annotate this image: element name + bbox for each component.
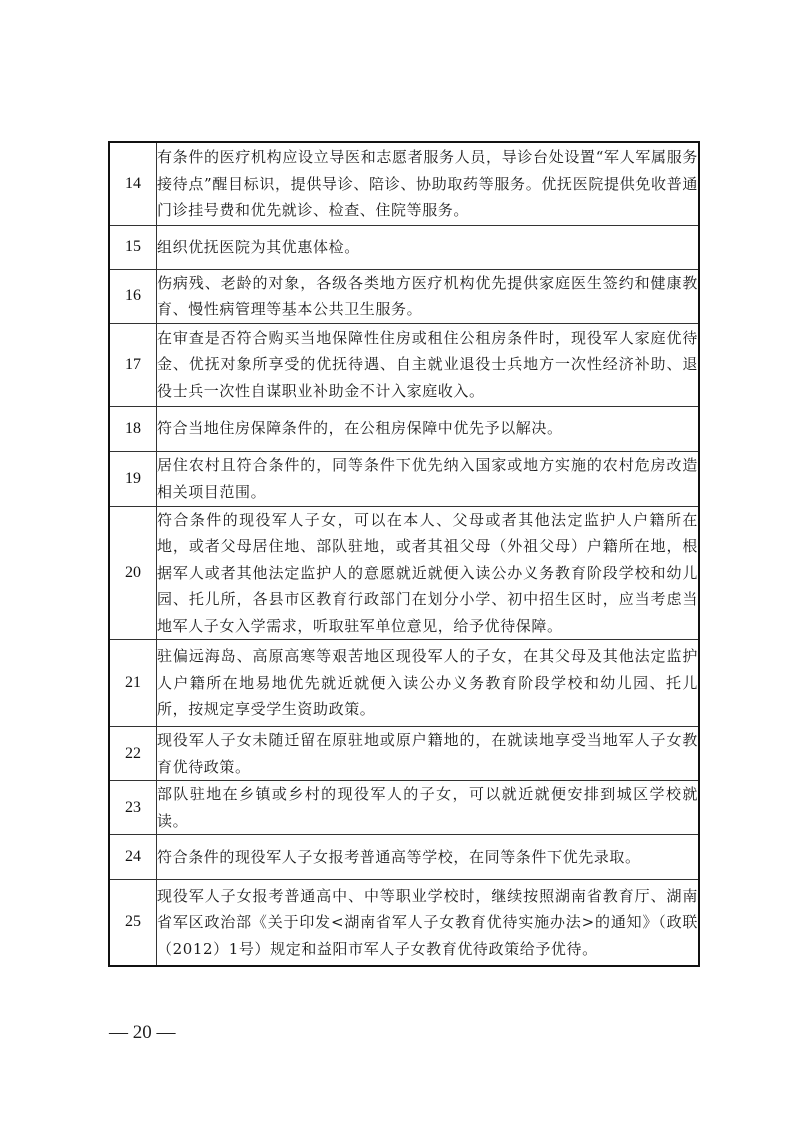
- row-number: 24: [109, 835, 157, 880]
- row-number: 22: [109, 727, 157, 781]
- table-row: 22现役军人子女未随迁留在原驻地或原户籍地的，在就读地享受当地军人子女教育优待政…: [109, 727, 699, 781]
- row-number: 21: [109, 640, 157, 727]
- table-row: 23部队驻地在乡镇或乡村的现役军人的子女，可以就近就便安排到城区学校就读。: [109, 781, 699, 835]
- row-text: 有条件的医疗机构应设立导医和志愿者服务人员，导诊台处设置“军人军属服务接待点”醒…: [157, 142, 700, 225]
- row-text: 居住农村且符合条件的，同等条件下优先纳入国家或地方实施的农村危房改造相关项目范围…: [157, 451, 700, 506]
- table-row: 17在审查是否符合购买当地保障性住房或租住公租房条件时，现役军人家庭优待金、优抚…: [109, 323, 699, 406]
- row-number: 15: [109, 225, 157, 269]
- row-text: 伤病残、老龄的对象，各级各类地方医疗机构优先提供家庭医生签约和健康教育、慢性病管…: [157, 269, 700, 323]
- row-text: 现役军人子女报考普通高中、中等职业学校时，继续按照湖南省教育厅、湖南省军区政治部…: [157, 880, 700, 966]
- table-row: 21驻偏远海岛、高原高寒等艰苦地区现役军人的子女，在其父母及其他法定监护人户籍所…: [109, 640, 699, 727]
- row-number: 16: [109, 269, 157, 323]
- row-text: 部队驻地在乡镇或乡村的现役军人的子女，可以就近就便安排到城区学校就读。: [157, 781, 700, 835]
- table-row: 19居住农村且符合条件的，同等条件下优先纳入国家或地方实施的农村危房改造相关项目…: [109, 451, 699, 506]
- row-text: 在审查是否符合购买当地保障性住房或租住公租房条件时，现役军人家庭优待金、优抚对象…: [157, 323, 700, 406]
- row-number: 20: [109, 506, 157, 640]
- table-row: 16伤病残、老龄的对象，各级各类地方医疗机构优先提供家庭医生签约和健康教育、慢性…: [109, 269, 699, 323]
- row-number: 14: [109, 142, 157, 225]
- row-number: 19: [109, 451, 157, 506]
- row-text: 符合条件的现役军人子女报考普通高等学校，在同等条件下优先录取。: [157, 835, 700, 880]
- table-row: 25现役军人子女报考普通高中、中等职业学校时，继续按照湖南省教育厅、湖南省军区政…: [109, 880, 699, 966]
- table-row: 24符合条件的现役军人子女报考普通高等学校，在同等条件下优先录取。: [109, 835, 699, 880]
- policy-table: 14有条件的医疗机构应设立导医和志愿者服务人员，导诊台处设置“军人军属服务接待点…: [108, 141, 700, 967]
- table-row: 14有条件的医疗机构应设立导医和志愿者服务人员，导诊台处设置“军人军属服务接待点…: [109, 142, 699, 225]
- row-text: 符合当地住房保障条件的，在公租房保障中优先予以解决。: [157, 406, 700, 451]
- row-number: 25: [109, 880, 157, 966]
- row-text: 组织优抚医院为其优惠体检。: [157, 225, 700, 269]
- row-number: 23: [109, 781, 157, 835]
- table-row: 20符合条件的现役军人子女，可以在本人、父母或者其他法定监护人户籍所在地，或者父…: [109, 506, 699, 640]
- table-row: 15组织优抚医院为其优惠体检。: [109, 225, 699, 269]
- page-number: — 20 —: [109, 1022, 176, 1044]
- row-text: 符合条件的现役军人子女，可以在本人、父母或者其他法定监护人户籍所在地，或者父母居…: [157, 506, 700, 640]
- table-row: 18符合当地住房保障条件的，在公租房保障中优先予以解决。: [109, 406, 699, 451]
- row-text: 驻偏远海岛、高原高寒等艰苦地区现役军人的子女，在其父母及其他法定监护人户籍所在地…: [157, 640, 700, 727]
- policy-table-body: 14有条件的医疗机构应设立导医和志愿者服务人员，导诊台处设置“军人军属服务接待点…: [109, 142, 699, 966]
- row-number: 17: [109, 323, 157, 406]
- document-page: 14有条件的医疗机构应设立导医和志愿者服务人员，导诊台处设置“军人军属服务接待点…: [0, 0, 800, 1131]
- row-text: 现役军人子女未随迁留在原驻地或原户籍地的，在就读地享受当地军人子女教育优待政策。: [157, 727, 700, 781]
- row-number: 18: [109, 406, 157, 451]
